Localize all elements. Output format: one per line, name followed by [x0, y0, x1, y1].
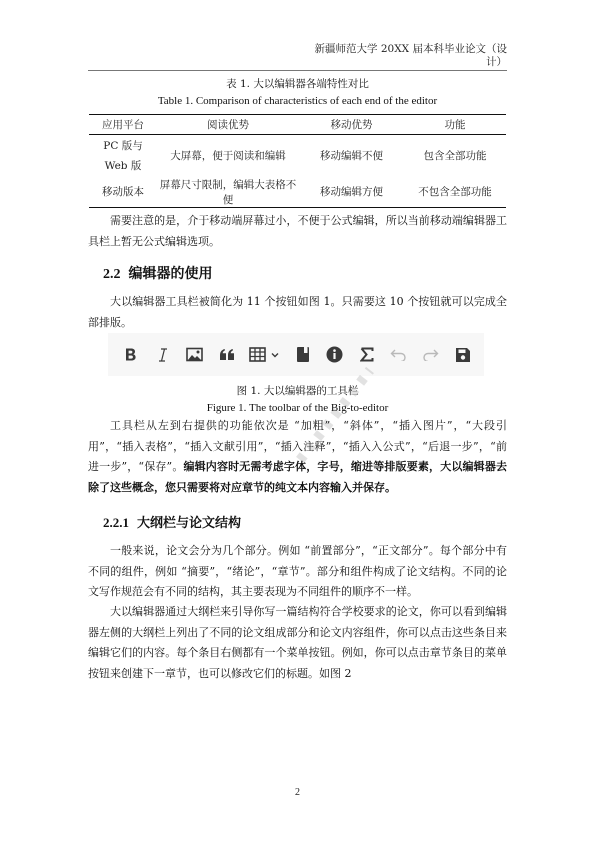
section-title: 大纲栏与论文结构 — [137, 516, 241, 531]
sigma-icon — [360, 347, 374, 362]
section-heading-2-2: 2.2编辑器的使用 — [103, 263, 213, 283]
table-cell: 移动编辑不便 — [299, 135, 404, 177]
table-icon — [249, 347, 266, 362]
running-header-line2: 计） — [88, 56, 507, 69]
section-number: 2.2.1 — [103, 515, 129, 530]
table-cell: 移动编辑方便 — [299, 177, 404, 208]
editor-toolbar-figure — [108, 333, 484, 376]
insert-citation-button[interactable] — [292, 344, 314, 366]
table-header-cell: 应用平台 — [89, 115, 157, 135]
table-header-cell: 功能 — [404, 115, 506, 135]
table-cell: 不包含全部功能 — [404, 177, 506, 208]
section-heading-2-2-1: 2.2.1大纲栏与论文结构 — [103, 512, 241, 531]
running-header-line1: 新疆师范大学 20XX 届本科毕业论文（设 — [88, 43, 507, 56]
figure-caption-cn: 图 1. 大以编辑器的工具栏 — [88, 383, 507, 398]
header-rule — [88, 70, 507, 71]
table-cell: 屏幕尺寸限制，编辑大表格不便 — [157, 177, 299, 208]
redo-button[interactable] — [420, 344, 442, 366]
insert-note-button[interactable] — [324, 344, 346, 366]
paragraph-outline: 大以编辑器通过大纲栏来引导你写一篇结构符合学校要求的论文，你可以看到编辑器左侧的… — [88, 602, 507, 684]
table-cell-line: Web 版 — [89, 156, 157, 176]
insert-table-button[interactable] — [248, 344, 281, 366]
bold-icon — [123, 347, 139, 363]
running-header: 新疆师范大学 20XX 届本科毕业论文（设 计） — [88, 43, 507, 69]
insert-formula-button[interactable] — [356, 344, 378, 366]
paragraph-structure: 一般来说，论文会分为几个部分。例如 “前置部分”，“正文部分”。每个部分中有不同… — [88, 541, 507, 603]
quote-icon — [219, 348, 235, 362]
paragraph-toolbar-intro: 大以编辑器工具栏被简化为 11 个按钮如图 1。只需要这 10 个按钮就可以完成… — [88, 292, 507, 333]
book-icon — [296, 346, 310, 363]
document-page: 新疆师范大学 20XX 届本科毕业论文（设 计） 表 1. 大以编辑器各端特性对… — [0, 0, 595, 842]
page-number: 2 — [0, 787, 595, 798]
section-number: 2.2 — [103, 267, 121, 282]
table-cell: PC 版与 Web 版 — [89, 135, 157, 177]
bold-button[interactable] — [120, 344, 142, 366]
table-caption-cn: 表 1. 大以编辑器各端特性对比 — [88, 76, 507, 91]
table-caption-en: Table 1. Comparison of characteristics o… — [88, 95, 507, 107]
table-row: PC 版与 Web 版 大屏幕，便于阅读和编辑 移动编辑不便 包含全部功能 — [89, 135, 506, 177]
undo-icon — [390, 348, 407, 361]
chevron-down-icon[interactable] — [270, 351, 280, 359]
table-header-cell: 移动优势 — [299, 115, 404, 135]
comparison-table: 应用平台 阅读优势 移动优势 功能 PC 版与 Web 版 大屏幕，便于阅读和编… — [89, 114, 506, 208]
image-icon — [186, 347, 203, 362]
table-header-cell: 阅读优势 — [157, 115, 299, 135]
table-cell: 大屏幕，便于阅读和编辑 — [157, 135, 299, 177]
table-cell: 移动版本 — [89, 177, 157, 208]
paragraph-toolbar-description: 工具栏从左到右提供的功能依次是 “加粗”，“斜体”，“插入图片”，“大段引用”，… — [88, 416, 507, 498]
figure-caption-en: Figure 1. The toolbar of the Big-to-edit… — [88, 402, 507, 414]
table-cell-line: PC 版与 — [89, 136, 157, 156]
insert-image-button[interactable] — [184, 344, 206, 366]
blockquote-button[interactable] — [216, 344, 238, 366]
section-title: 编辑器的使用 — [129, 266, 213, 282]
undo-button[interactable] — [388, 344, 410, 366]
paragraph-note: 需要注意的是，介于移动端屏幕过小，不便于公式编辑，所以当前移动端编辑器工具栏上暂… — [88, 211, 507, 252]
italic-button[interactable] — [152, 344, 174, 366]
italic-icon — [155, 347, 171, 363]
table-cell: 包含全部功能 — [404, 135, 506, 177]
table-header-row: 应用平台 阅读优势 移动优势 功能 — [89, 115, 506, 135]
redo-icon — [422, 348, 439, 361]
save-button[interactable] — [452, 344, 474, 366]
save-icon — [455, 347, 471, 363]
info-icon — [326, 346, 343, 363]
table-row: 移动版本 屏幕尺寸限制，编辑大表格不便 移动编辑方便 不包含全部功能 — [89, 177, 506, 208]
